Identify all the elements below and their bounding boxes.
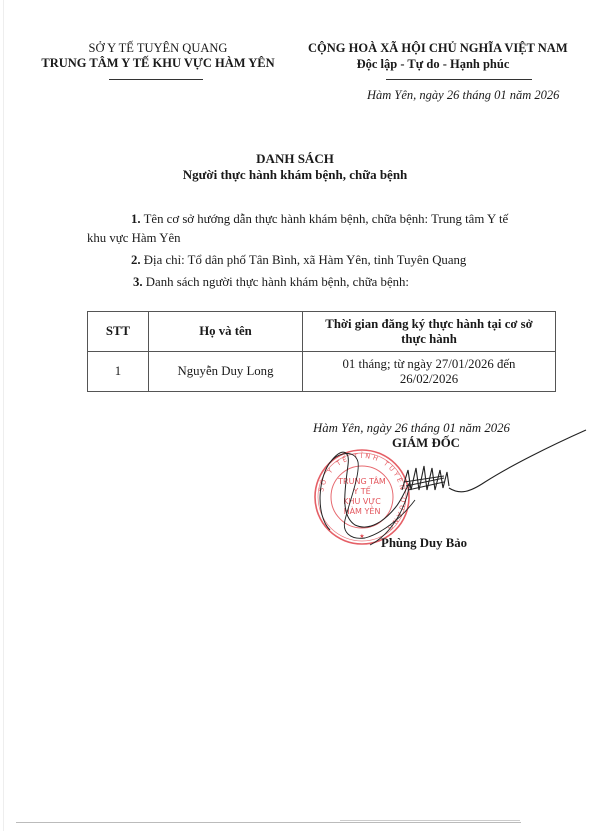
- item-2: 2. Địa chỉ: Tổ dân phố Tân Bình, xã Hàm …: [131, 253, 466, 268]
- item-text: Địa chỉ: Tổ dân phố Tân Bình, xã Hàm Yên…: [141, 253, 467, 267]
- col-header-period: Thời gian đăng ký thực hành tại cơ sở th…: [303, 312, 556, 352]
- item-number: 2.: [131, 253, 141, 267]
- parent-agency: SỞ Y TẾ TUYÊN QUANG: [60, 41, 256, 56]
- cell-name: Nguyễn Duy Long: [149, 352, 303, 392]
- scan-edge: [3, 0, 4, 831]
- item-3: 3. Danh sách người thực hành khám bệnh, …: [133, 275, 409, 290]
- item-1: 1. Tên cơ sở hướng dẫn thực hành khám bệ…: [131, 212, 508, 227]
- practitioner-table: STT Họ và tên Thời gian đăng ký thực hàn…: [87, 311, 556, 392]
- item-number: 3.: [133, 275, 143, 289]
- header-left-underline: [109, 79, 203, 80]
- handwritten-signature-icon: [310, 420, 590, 550]
- document-title: DANH SÁCH: [0, 151, 590, 167]
- table-header-row: STT Họ và tên Thời gian đăng ký thực hàn…: [88, 312, 556, 352]
- item-text: Tên cơ sở hướng dẫn thực hành khám bệnh,…: [141, 212, 509, 226]
- signer-name: Phùng Duy Bảo: [381, 536, 467, 551]
- cell-period-text: 01 tháng; từ ngày 27/01/2026 đến 26/02/2…: [329, 357, 529, 387]
- scan-footer-line: [16, 822, 521, 823]
- col-header-stt: STT: [88, 312, 149, 352]
- table-row: 1 Nguyễn Duy Long 01 tháng; từ ngày 27/0…: [88, 352, 556, 392]
- col-header-name: Họ và tên: [149, 312, 303, 352]
- document-subtitle: Người thực hành khám bệnh, chữa bệnh: [0, 167, 590, 183]
- item-number: 1.: [131, 212, 141, 226]
- item-1-continuation: khu vực Hàm Yên: [87, 231, 181, 246]
- issuing-organization: TRUNG TÂM Y TẾ KHU VỰC HÀM YÊN: [30, 56, 286, 71]
- national-title: CỘNG HOÀ XÃ HỘI CHỦ NGHĨA VIỆT NAM: [308, 41, 558, 56]
- national-motto: Độc lập - Tự do - Hạnh phúc: [308, 57, 558, 72]
- cell-period: 01 tháng; từ ngày 27/01/2026 đến 26/02/2…: [303, 352, 556, 392]
- document-date: Hàm Yên, ngày 26 tháng 01 năm 2026: [367, 88, 559, 103]
- header-right-underline: [386, 79, 532, 80]
- scan-footer-line-2: [340, 820, 520, 821]
- col-header-period-text: Thời gian đăng ký thực hành tại cơ sở th…: [314, 317, 544, 347]
- cell-stt: 1: [88, 352, 149, 392]
- item-text: Danh sách người thực hành khám bệnh, chữ…: [143, 275, 409, 289]
